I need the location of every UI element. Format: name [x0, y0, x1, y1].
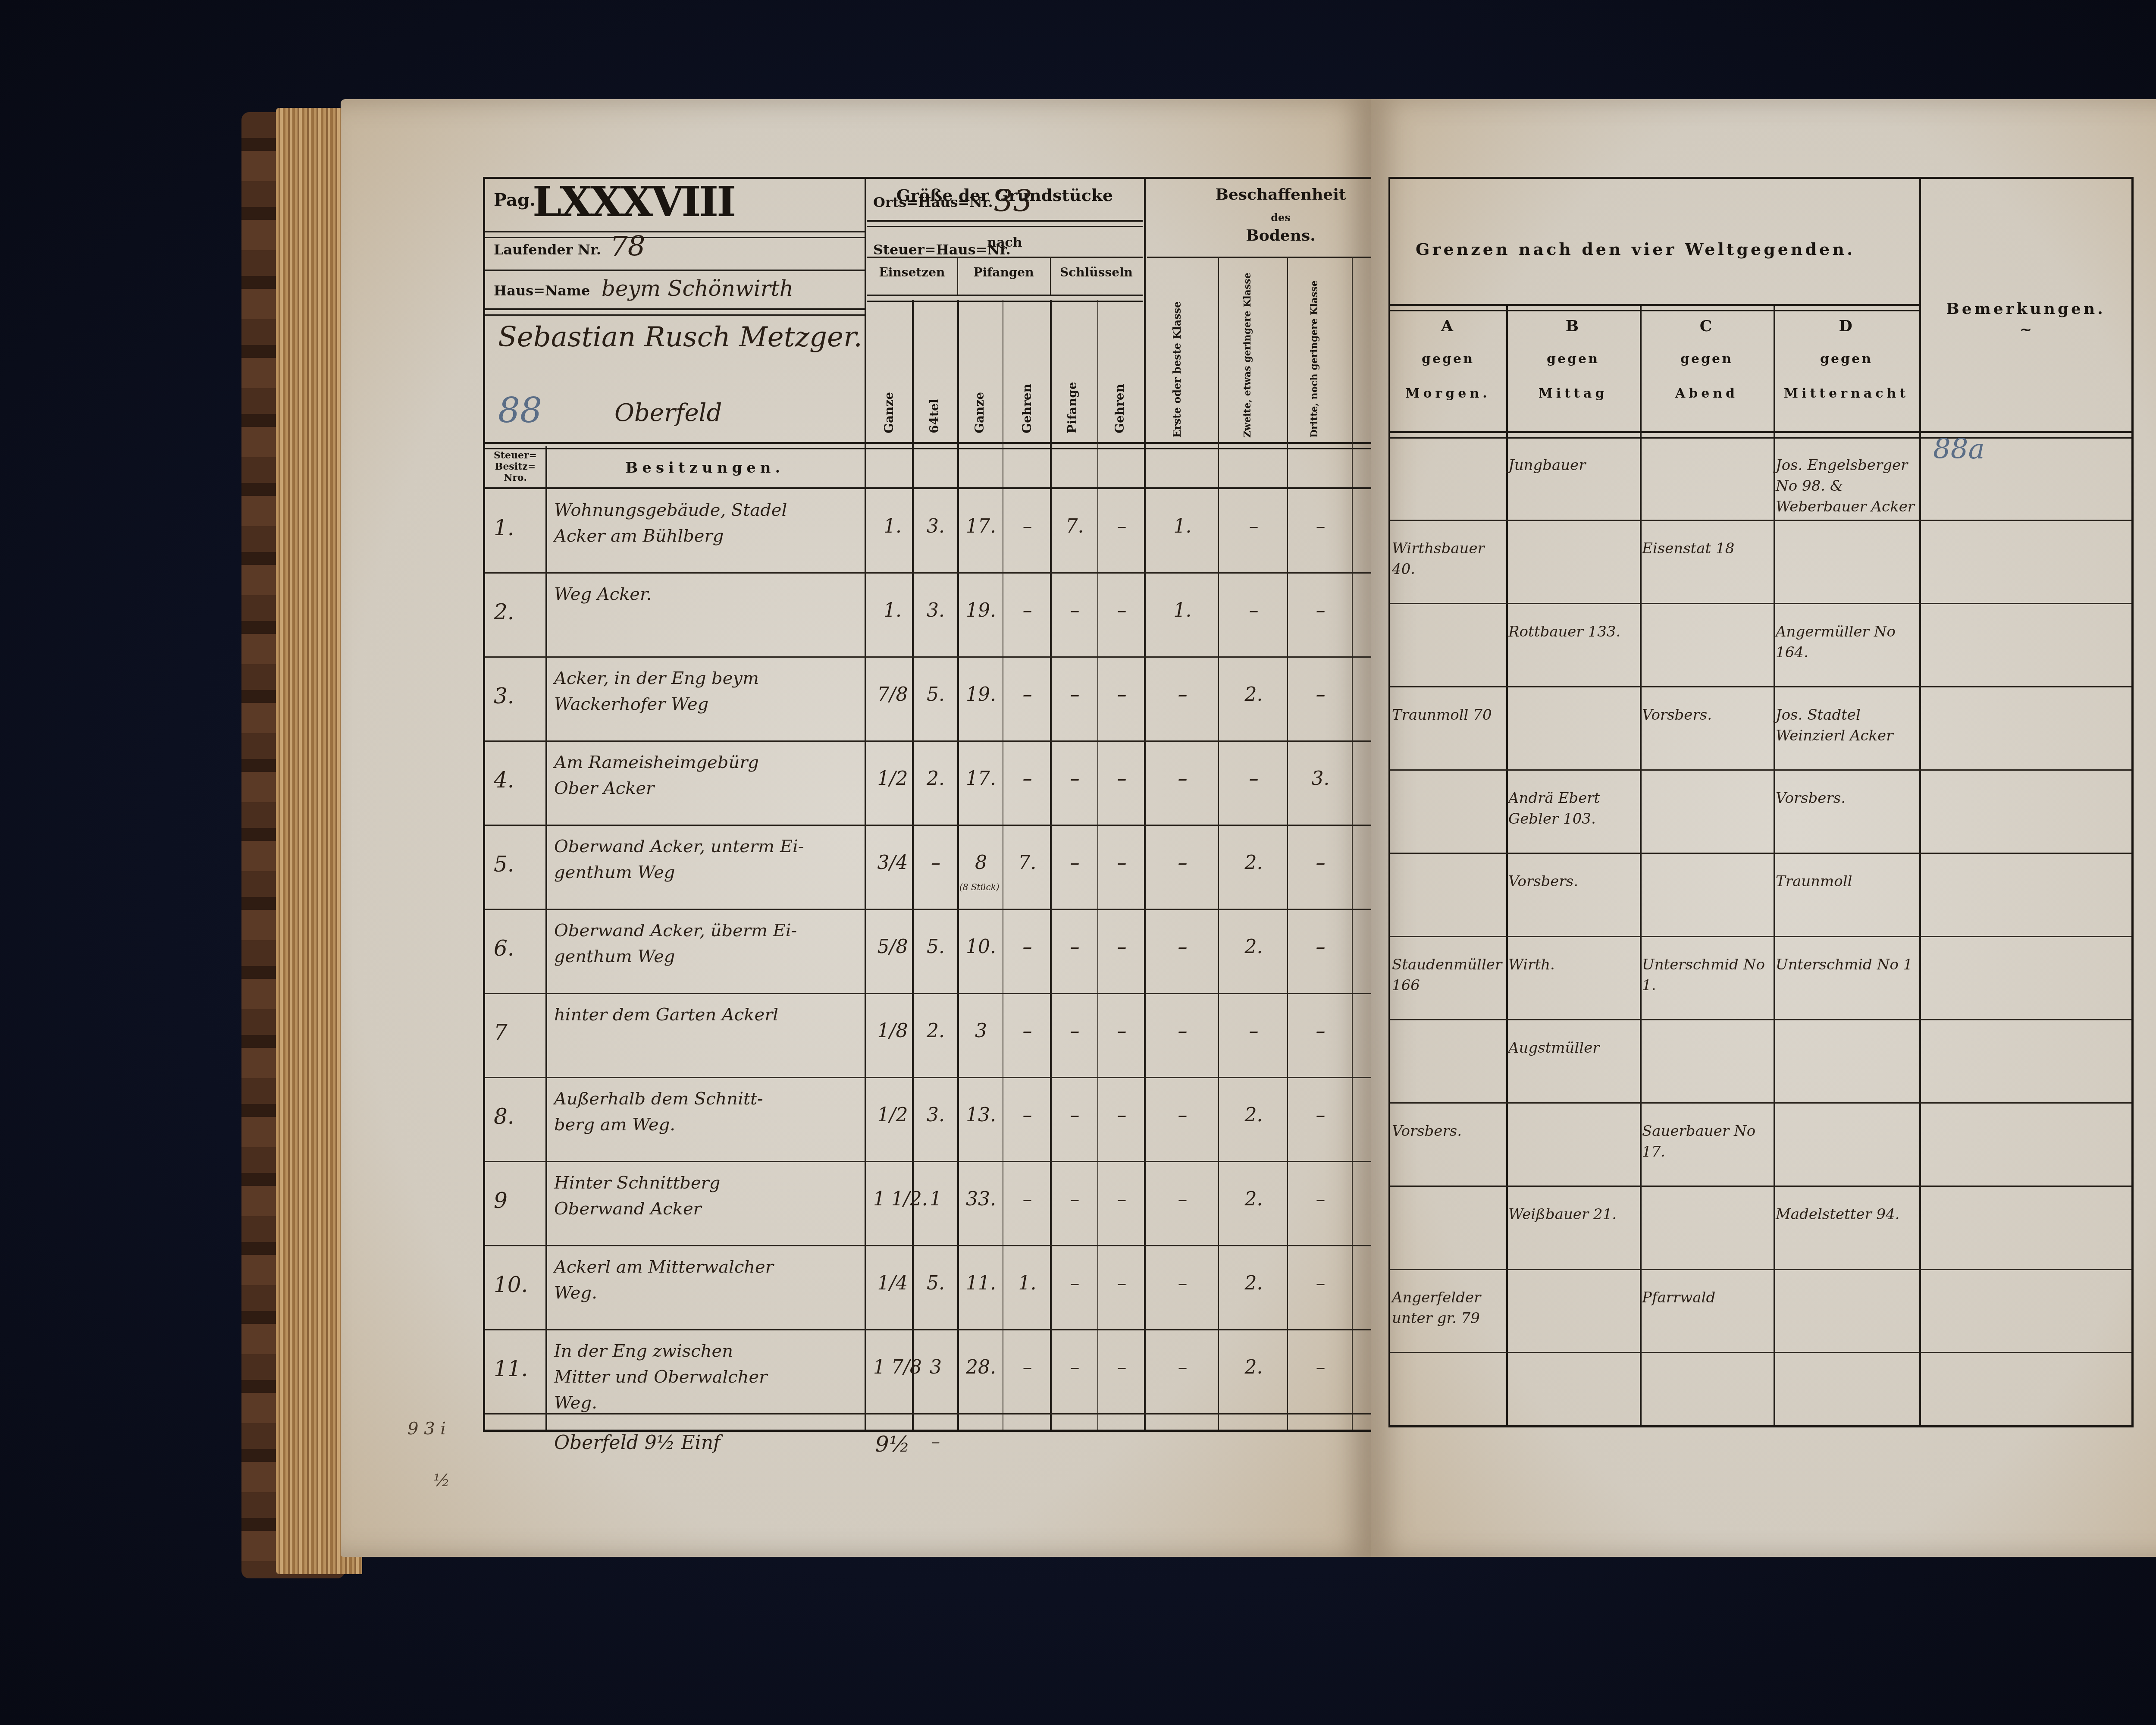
- size-nach-label: nach: [867, 235, 1143, 250]
- cell-schl_gehren: –: [1100, 1188, 1144, 1210]
- cell-pif_gehren: 7.: [1005, 852, 1050, 874]
- cell-ganze: 1.: [873, 515, 912, 537]
- cell-k3: –: [1289, 852, 1352, 874]
- size-sub-einsetzen: Einsetzen: [867, 265, 957, 279]
- cell-k2: –: [1220, 1020, 1287, 1042]
- direction-0-name: Morgen.: [1390, 386, 1506, 401]
- cell-k3: –: [1289, 1272, 1352, 1294]
- cell-pif_ganze: 17.: [959, 515, 1003, 537]
- row-description: Oberwand Acker: [554, 1199, 702, 1219]
- margin-note-2: ½: [433, 1471, 450, 1490]
- boundary-A: Wirthsbauer 40.: [1392, 538, 1504, 580]
- cell-k1: –: [1147, 1188, 1218, 1210]
- cell-k3: –: [1289, 1104, 1352, 1126]
- row-number: 2.: [494, 599, 514, 624]
- cell-k1: 1.: [1147, 599, 1218, 621]
- row-number: 9: [494, 1188, 508, 1213]
- cell-k3: –: [1289, 1188, 1352, 1210]
- boundary-C: Unterschmid No 1.: [1642, 954, 1771, 996]
- cell-tel64: 2.: [914, 768, 957, 790]
- cell-pif_ganze: 8: [959, 852, 1003, 874]
- row-number: 8.: [494, 1104, 514, 1129]
- boundary-C: Sauerbauer No 17.: [1642, 1121, 1771, 1162]
- cell-ganze: 1/4: [873, 1272, 912, 1294]
- row-number: 10.: [494, 1272, 528, 1297]
- cell-schl_gehren: –: [1100, 852, 1144, 874]
- cell-k1: –: [1147, 768, 1218, 790]
- direction-3-name: Mitternacht: [1774, 386, 1919, 401]
- quality-col-2: Zweite, etwas geringere Klasse: [1242, 265, 1268, 438]
- cell-pif_ganze: 19.: [959, 684, 1003, 706]
- boundary-B: Rottbauer 133.: [1508, 621, 1638, 642]
- table-row: 7hinter dem Garten Ackerl1/82.3––––––4.: [485, 994, 1421, 1078]
- row-number: 6.: [494, 936, 514, 961]
- row-description: Außerhalb dem Schnitt-: [554, 1089, 763, 1109]
- right-ledger-form: Grenzen nach den vier Weltgegenden. Beme…: [1388, 177, 2134, 1427]
- size-sub-schluesseln: Schlüsseln: [1050, 265, 1143, 279]
- cell-pif_ganze: 19.: [959, 599, 1003, 621]
- cell-schl_pifange: –: [1052, 684, 1097, 706]
- boundary-row: Traunmoll 70Vorsbers.Jos. Stadtel Weinzi…: [1390, 687, 2131, 771]
- row-description: genthum Weg: [554, 862, 675, 882]
- row-description: Hinter Schnittberg: [554, 1173, 720, 1193]
- row-description: Acker, in der Eng beym: [554, 668, 759, 688]
- row-description: genthum Weg: [554, 947, 675, 966]
- table-row: 6.Oberwand Acker, überm Ei-genthum Weg5/…: [485, 910, 1421, 994]
- cell-k3: –: [1289, 599, 1352, 621]
- cell-k3: –: [1289, 515, 1352, 537]
- cell-ganze: 3/4: [873, 852, 912, 874]
- boundary-D: Angermüller No 164.: [1776, 621, 1918, 663]
- boundary-D: Unterschmid No 1: [1776, 954, 1918, 975]
- remarks-title: Bemerkungen.: [1922, 300, 2129, 318]
- quality-col-1: Erste oder beste Klasse: [1171, 265, 1183, 438]
- row-description: Weg.: [554, 1393, 597, 1413]
- haus-name-label: Haus=Name: [494, 282, 590, 299]
- cell-schl_gehren: –: [1100, 1356, 1144, 1378]
- cell-ganze: 1 1/2.: [873, 1188, 912, 1210]
- table-row: 11.In der Eng zwischenMitter und Oberwal…: [485, 1330, 1421, 1414]
- cell-schl_pifange: –: [1052, 1104, 1097, 1126]
- boundary-B: Jungbauer: [1508, 455, 1638, 476]
- cell-pif_gehren: –: [1005, 515, 1050, 537]
- cell-k2: 2.: [1220, 1104, 1287, 1126]
- cell-k2: 2.: [1220, 684, 1287, 706]
- row-description: Ober Acker: [554, 778, 654, 798]
- direction-3-gegen: gegen: [1774, 351, 1919, 367]
- cell-ganze: 7/8: [873, 684, 912, 706]
- row-number: 4.: [494, 768, 514, 793]
- cell-schl_pifange: –: [1052, 1356, 1097, 1378]
- table-row: 9Hinter SchnittbergOberwand Acker1 1/2.1…: [485, 1162, 1421, 1246]
- boundary-row: Vorsbers.Sauerbauer No 17.: [1390, 1104, 2131, 1187]
- boundary-row: Vorsbers.Traunmoll: [1390, 854, 2131, 937]
- cell-pif_gehren: –: [1005, 768, 1050, 790]
- cell-ganze: 1/2: [873, 768, 912, 790]
- cell-ganze: 1/8: [873, 1020, 912, 1042]
- cell-tel64: 2.: [914, 1020, 957, 1042]
- cell-schl_gehren: –: [1100, 1104, 1144, 1126]
- cell-schl_gehren: –: [1100, 1020, 1144, 1042]
- col-gehren-2: Gehren: [1112, 347, 1127, 433]
- boundary-A: Angerfelder unter gr. 79: [1392, 1287, 1504, 1329]
- cell-schl_gehren: –: [1100, 515, 1144, 537]
- cell-schl_pifange: –: [1052, 1272, 1097, 1294]
- table-row: 1.Wohnungsgebäude, StadelAcker am Bühlbe…: [485, 489, 1421, 574]
- row-number: 11.: [494, 1356, 528, 1381]
- cell-k2: 2.: [1220, 852, 1287, 874]
- pag-number: LXXXVIII: [533, 177, 734, 226]
- cell-schl_pifange: –: [1052, 1188, 1097, 1210]
- row-description: Weg Acker.: [554, 584, 652, 604]
- boundary-A: Staudenmüller 166: [1392, 954, 1504, 996]
- direction-1-name: Mittag: [1506, 386, 1640, 401]
- size-group-title: Größe der Grundstücke: [867, 185, 1143, 205]
- boundary-B: Weißbauer 21.: [1508, 1204, 1638, 1225]
- direction-3-letter: D: [1774, 317, 1919, 335]
- boundary-B: Vorsbers.: [1508, 871, 1638, 892]
- row-description: Mitter und Oberwalcher: [554, 1367, 767, 1387]
- cell-pif_gehren: 1.: [1005, 1272, 1050, 1294]
- direction-2-gegen: gegen: [1640, 351, 1774, 367]
- laufender-nr-label: Laufender Nr.: [494, 241, 601, 258]
- table-row: 3.Acker, in der Eng beymWackerhofer Weg7…: [485, 658, 1421, 742]
- cell-pif_gehren: –: [1005, 599, 1050, 621]
- table-row: 8.Außerhalb dem Schnitt-berg am Weg.1/23…: [485, 1078, 1421, 1162]
- cell-k1: 1.: [1147, 515, 1218, 537]
- laufender-nr-value: 78: [610, 231, 645, 263]
- cell-ganze: 1/2: [873, 1104, 912, 1126]
- cell-k1: –: [1147, 1356, 1218, 1378]
- cell-pif_gehren: –: [1005, 684, 1050, 706]
- row-description: Wohnungsgebäude, Stadel: [554, 500, 787, 520]
- direction-1-gegen: gegen: [1506, 351, 1640, 367]
- cell-pif_ganze: 11.: [959, 1272, 1003, 1294]
- row-number: 5.: [494, 852, 514, 877]
- boundary-row: Weißbauer 21.Madelstetter 94.: [1390, 1187, 2131, 1270]
- cell-schl_pifange: –: [1052, 1020, 1097, 1042]
- cell-pif_gehren: –: [1005, 1356, 1050, 1378]
- cell-k3: –: [1289, 1356, 1352, 1378]
- table-row: 2.Weg Acker.1.3.19.–––1.––: [485, 574, 1421, 658]
- left-page: Pag. LXXXVIII Orts=Haus=Nr. 33 Laufender…: [341, 99, 1371, 1557]
- cell-pif_gehren: –: [1005, 1188, 1050, 1210]
- cell-pif_gehren: –: [1005, 1104, 1050, 1126]
- cell-schl_pifange: –: [1052, 852, 1097, 874]
- row-description: In der Eng zwischen: [554, 1341, 733, 1361]
- boundary-D: Jos. Engelsberger No 98. & Weberbauer Ac…: [1776, 455, 1918, 517]
- boundary-row: Angerfelder unter gr. 79Pfarrwald: [1390, 1270, 2131, 1353]
- owner-ref-number: 88: [498, 390, 542, 430]
- cell-pif_ganze: 17.: [959, 768, 1003, 790]
- boundary-C: Pfarrwald: [1642, 1287, 1771, 1308]
- cell-pif_ganze: 33.: [959, 1188, 1003, 1210]
- cell-schl_pifange: –: [1052, 936, 1097, 958]
- boundary-row: JungbauerJos. Engelsberger No 98. & Webe…: [1390, 438, 2131, 521]
- table-row: 4.Am RameisheimgebürgOber Acker1/22.17.–…: [485, 742, 1421, 826]
- besitzungen-label: Besitzungen.: [545, 459, 865, 477]
- left-ledger-form: Pag. LXXXVIII Orts=Haus=Nr. 33 Laufender…: [483, 177, 1423, 1432]
- cell-tel64: 3.: [914, 599, 957, 621]
- cell-k3: 3.: [1289, 768, 1352, 790]
- cell-schl_pifange: –: [1052, 599, 1097, 621]
- direction-1-letter: B: [1506, 317, 1640, 335]
- table-row: 5.Oberwand Acker, unterm Ei-genthum Weg3…: [485, 826, 1421, 910]
- quality-col-3: Dritte, noch geringere Klasse: [1309, 265, 1335, 438]
- boundary-row: Augstmüller: [1390, 1020, 2131, 1104]
- cell-note: (8 Stück): [959, 882, 1000, 892]
- cell-schl_gehren: –: [1100, 684, 1144, 706]
- col-pifange: Pifange: [1065, 347, 1079, 433]
- cell-tel64: 3.: [914, 515, 957, 537]
- boundary-D: Traunmoll: [1776, 871, 1918, 892]
- boundary-B: Andrä Ebert Gebler 103.: [1508, 788, 1638, 829]
- cell-pif_ganze: 28.: [959, 1356, 1003, 1378]
- boundary-B: Wirth.: [1508, 954, 1638, 975]
- cell-schl_gehren: –: [1100, 936, 1144, 958]
- row-description: berg am Weg.: [554, 1115, 675, 1135]
- cell-k3: –: [1289, 1020, 1352, 1042]
- direction-2-letter: C: [1640, 317, 1774, 335]
- row-description: Weg.: [554, 1283, 597, 1303]
- cell-tel64: –: [914, 852, 957, 874]
- cell-pif_ganze: 3: [959, 1020, 1003, 1042]
- cell-k2: –: [1220, 768, 1287, 790]
- boundary-B: Augstmüller: [1508, 1038, 1638, 1058]
- cell-schl_pifange: 7.: [1052, 515, 1097, 537]
- boundary-D: Vorsbers.: [1776, 788, 1918, 809]
- boundary-row: Andrä Ebert Gebler 103.Vorsbers.: [1390, 771, 2131, 854]
- col-ganze-1: Ganze: [882, 347, 896, 433]
- boundary-row: Wirthsbauer 40.Eisenstat 18: [1390, 521, 2131, 604]
- cell-k1: –: [1147, 1020, 1218, 1042]
- cell-tel64: 5.: [914, 1272, 957, 1294]
- cell-tel64: 1: [914, 1188, 957, 1210]
- boundary-A: Traunmoll 70: [1392, 705, 1504, 725]
- cell-k1: –: [1147, 852, 1218, 874]
- cell-tel64: 3.: [914, 1104, 957, 1126]
- cell-pif_ganze: 13.: [959, 1104, 1003, 1126]
- cell-ganze: 1.: [873, 599, 912, 621]
- cell-schl_gehren: –: [1100, 1272, 1144, 1294]
- cell-ganze: 5/8: [873, 936, 912, 958]
- boundary-A: Vorsbers.: [1392, 1121, 1504, 1142]
- row-description: Acker am Bühlberg: [554, 526, 724, 546]
- cell-pif_gehren: –: [1005, 1020, 1050, 1042]
- row-description: Oberwand Acker, unterm Ei-: [554, 837, 804, 856]
- cell-schl_gehren: –: [1100, 599, 1144, 621]
- cell-k1: –: [1147, 1272, 1218, 1294]
- col-gehren-1: Gehren: [1020, 347, 1034, 433]
- row-number: 3.: [494, 684, 514, 709]
- cell-k3: –: [1289, 936, 1352, 958]
- summary-64tel: –: [914, 1432, 957, 1452]
- right-page: Grenzen nach den vier Weltgegenden. Beme…: [1371, 99, 2156, 1557]
- direction-0-letter: A: [1390, 317, 1506, 335]
- cell-k1: –: [1147, 1104, 1218, 1126]
- cell-tel64: 5.: [914, 684, 957, 706]
- cell-k2: –: [1220, 515, 1287, 537]
- summary-row: Oberfeld 9½ Einf9½–: [485, 1414, 1421, 1479]
- owner-name: Sebastian Rusch Metzger.: [498, 321, 862, 353]
- row-description: Wackerhofer Weg: [554, 694, 708, 714]
- haus-name-value: beym Schönwirth: [602, 276, 793, 301]
- row-description: Ackerl am Mitterwalcher: [554, 1257, 774, 1277]
- open-ledger-book: Pag. LXXXVIII Orts=Haus=Nr. 33 Laufender…: [241, 95, 2156, 1587]
- cell-k2: 2.: [1220, 1356, 1287, 1378]
- cell-schl_pifange: –: [1052, 768, 1097, 790]
- cell-k2: –: [1220, 599, 1287, 621]
- cell-schl_gehren: –: [1100, 768, 1144, 790]
- owner-place: Oberfeld: [614, 399, 722, 427]
- row-description: Am Rameisheimgebürg: [554, 753, 759, 772]
- cell-tel64: 5.: [914, 936, 957, 958]
- cell-ganze: 1 7/8: [873, 1356, 912, 1378]
- row-description: Oberwand Acker, überm Ei-: [554, 921, 797, 941]
- margin-note-1: 9 3 i: [407, 1419, 446, 1439]
- cell-pif_gehren: –: [1005, 936, 1050, 958]
- cell-k1: –: [1147, 684, 1218, 706]
- direction-2-name: Abend: [1640, 386, 1774, 401]
- boundary-C: Vorsbers.: [1642, 705, 1771, 725]
- cell-tel64: 3: [914, 1356, 957, 1378]
- boundary-D: Jos. Stadtel Weinzierl Acker: [1776, 705, 1918, 746]
- steuer-besitz-nro-label: Steuer= Besitz= Nro.: [485, 450, 545, 483]
- cell-k3: –: [1289, 684, 1352, 706]
- cell-k1: –: [1147, 936, 1218, 958]
- direction-0-gegen: gegen: [1390, 351, 1506, 367]
- cell-k2: 2.: [1220, 1272, 1287, 1294]
- boundary-row: Rottbauer 133.Angermüller No 164.: [1390, 604, 2131, 687]
- col-ganze-2: Ganze: [972, 347, 987, 433]
- remarks-ornament: ~: [1922, 321, 2129, 339]
- pag-label: Pag.: [494, 190, 536, 210]
- summary-text: Oberfeld 9½ Einf: [554, 1432, 720, 1454]
- cell-k2: 2.: [1220, 1188, 1287, 1210]
- size-sub-pifangen: Pifangen: [957, 265, 1050, 279]
- boundary-D: Madelstetter 94.: [1776, 1204, 1918, 1225]
- cell-k2: 2.: [1220, 936, 1287, 958]
- summary-ganze: 9½: [873, 1432, 912, 1457]
- row-number: 7: [494, 1020, 508, 1045]
- cell-pif_ganze: 10.: [959, 936, 1003, 958]
- boundaries-title: Grenzen nach den vier Weltgegenden.: [1416, 239, 1855, 259]
- boundary-C: Eisenstat 18: [1642, 538, 1771, 559]
- row-description: hinter dem Garten Ackerl: [554, 1005, 778, 1025]
- col-64tel: 64tel: [927, 347, 941, 433]
- table-row: 10.Ackerl am MitterwalcherWeg.1/45.11.1.…: [485, 1246, 1421, 1330]
- row-number: 1.: [494, 515, 514, 540]
- boundary-row: Staudenmüller 166Wirth.Unterschmid No 1.…: [1390, 937, 2131, 1020]
